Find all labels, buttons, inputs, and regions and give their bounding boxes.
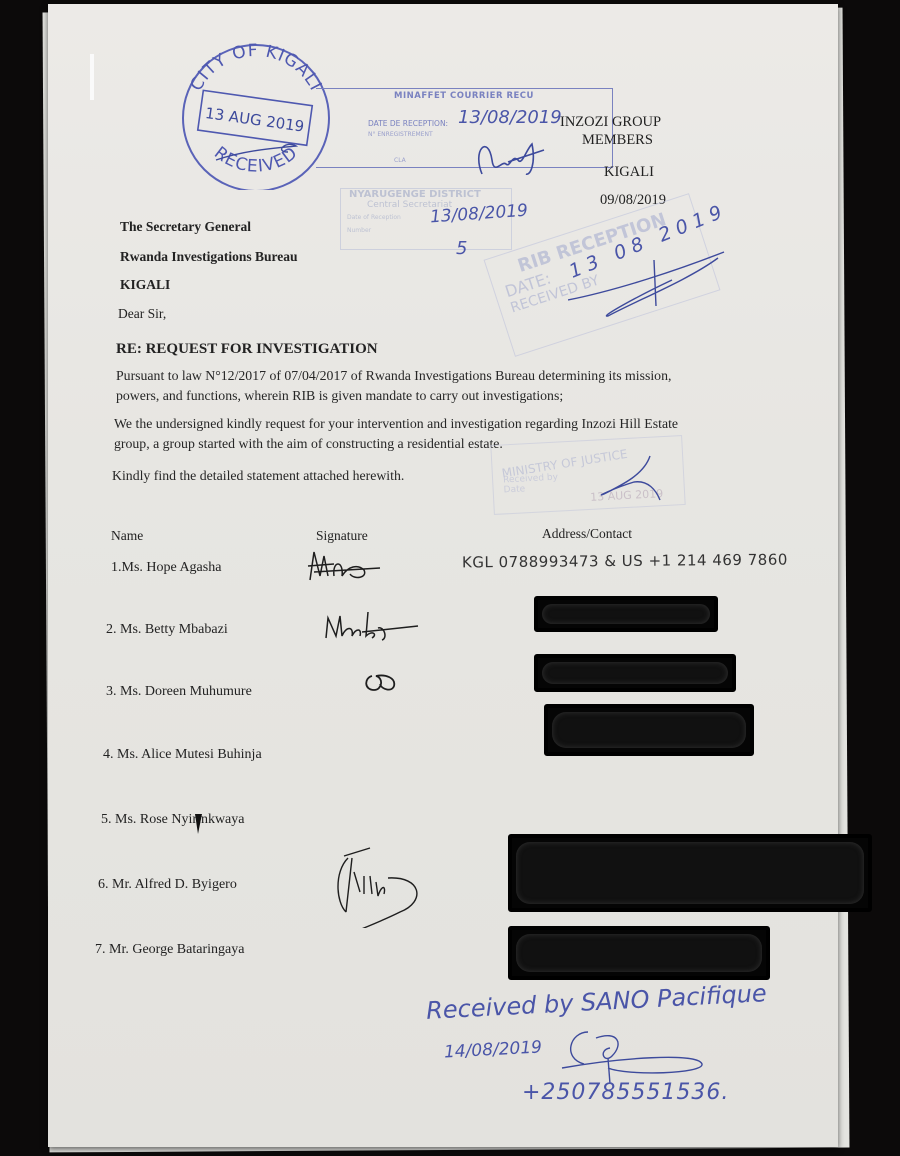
svg-text:13 AUG 2019: 13 AUG 2019 bbox=[204, 104, 305, 136]
signatory-name-7: 7. Mr. George Bataringaya bbox=[95, 942, 244, 958]
nyarugenge-number-handwritten: 5 bbox=[456, 238, 467, 259]
paragraph-3-line-1: Kindly find the detailed statement attac… bbox=[112, 466, 404, 486]
recipient-line1: The Secretary General bbox=[120, 219, 251, 235]
recipient-city: KIGALI bbox=[120, 277, 170, 293]
redacted-contact-betty-mbabazi bbox=[534, 596, 718, 632]
signature-alfred-byigero bbox=[328, 832, 448, 928]
signatory-name-2: 2. Ms. Betty Mbabazi bbox=[106, 622, 228, 638]
redacted-contact-doreen-muhumure bbox=[534, 654, 736, 692]
signature-hope-agasha bbox=[304, 546, 384, 586]
signatory-name-5: 5. Ms. Rose Nyirinkwaya bbox=[101, 812, 245, 828]
signatory-name-3: 3. Ms. Doreen Muhumure bbox=[106, 684, 252, 700]
sender-city: KIGALI bbox=[604, 164, 654, 181]
minaffet-title: MINAFFET COURRIER RECU bbox=[316, 91, 612, 101]
recipient-line2: Rwanda Investigations Bureau bbox=[120, 249, 298, 265]
receipt-signature bbox=[548, 1028, 708, 1088]
nyarugenge-title: NYARUGENGE DISTRICT bbox=[341, 189, 511, 200]
subject-line: RE: REQUEST FOR INVESTIGATION bbox=[116, 341, 378, 358]
receipt-received-by: Received by SANO Pacifique bbox=[426, 979, 768, 1025]
minaffet-date-handwritten: 13/08/2019 bbox=[458, 107, 562, 128]
paragraph-1-line-1: Pursuant to law N°12/2017 of 07/04/2017 … bbox=[116, 366, 671, 386]
contact-hope-agasha: KGL 0788993473 & US +1 214 469 7860 bbox=[462, 551, 788, 572]
paragraph-2-line-1: We the undersigned kindly request for yo… bbox=[114, 414, 678, 434]
salutation: Dear Sir, bbox=[118, 306, 166, 322]
document-page: CITY OF KIGALI RECEIVED 13 AUG 2019 CITY… bbox=[48, 4, 838, 1147]
redacted-contact-george-bataringaya bbox=[508, 926, 770, 980]
signature-betty-mbabazi bbox=[322, 608, 422, 642]
paragraph-1: Pursuant to law N°12/2017 of 07/04/2017 … bbox=[116, 366, 671, 406]
signatory-name-1: 1.Ms. Hope Agasha bbox=[111, 560, 221, 576]
signatory-name-4: 4. Ms. Alice Mutesi Buhinja bbox=[103, 747, 262, 763]
paragraph-3: Kindly find the detailed statement attac… bbox=[112, 466, 404, 486]
rib-signature bbox=[568, 240, 728, 320]
signature-doreen-muhumure bbox=[362, 668, 402, 696]
header-address-contact: Address/Contact bbox=[542, 526, 632, 542]
header-signature: Signature bbox=[316, 528, 368, 544]
minaffet-cla-label: CLA bbox=[394, 157, 406, 164]
svg-text:CITY OF KIGALI: CITY OF KIGALI bbox=[186, 41, 325, 95]
redacted-contact-alice-mutesi bbox=[544, 704, 754, 756]
redacted-contact-alfred-byigero bbox=[508, 834, 872, 912]
rose-name-correction-mark bbox=[192, 812, 206, 836]
paragraph-1-line-2: powers, and functions, wherein RIB is gi… bbox=[116, 386, 671, 406]
nyarugenge-number-label: Number bbox=[341, 227, 511, 234]
staple-mark bbox=[90, 54, 94, 100]
moj-signature bbox=[594, 454, 674, 504]
header-name: Name bbox=[111, 528, 143, 544]
minaffet-date-label: DATE DE RECEPTION: bbox=[368, 119, 448, 128]
minaffet-signature bbox=[468, 130, 558, 186]
sender-line1: INZOZI GROUP bbox=[560, 114, 661, 131]
signatory-name-6: 6. Mr. Alfred D. Byigero bbox=[98, 877, 237, 893]
receipt-date: 14/08/2019 bbox=[444, 1037, 543, 1062]
city-of-kigali-stamp: CITY OF KIGALI RECEIVED 13 AUG 2019 bbox=[176, 40, 336, 190]
sender-line2: MEMBERS bbox=[582, 132, 653, 149]
svg-text:RECEIVED: RECEIVED bbox=[210, 143, 302, 177]
receipt-phone: +250785551536. bbox=[522, 1080, 729, 1105]
minaffet-reg-label: N° ENREGISTREMENT bbox=[368, 131, 433, 138]
